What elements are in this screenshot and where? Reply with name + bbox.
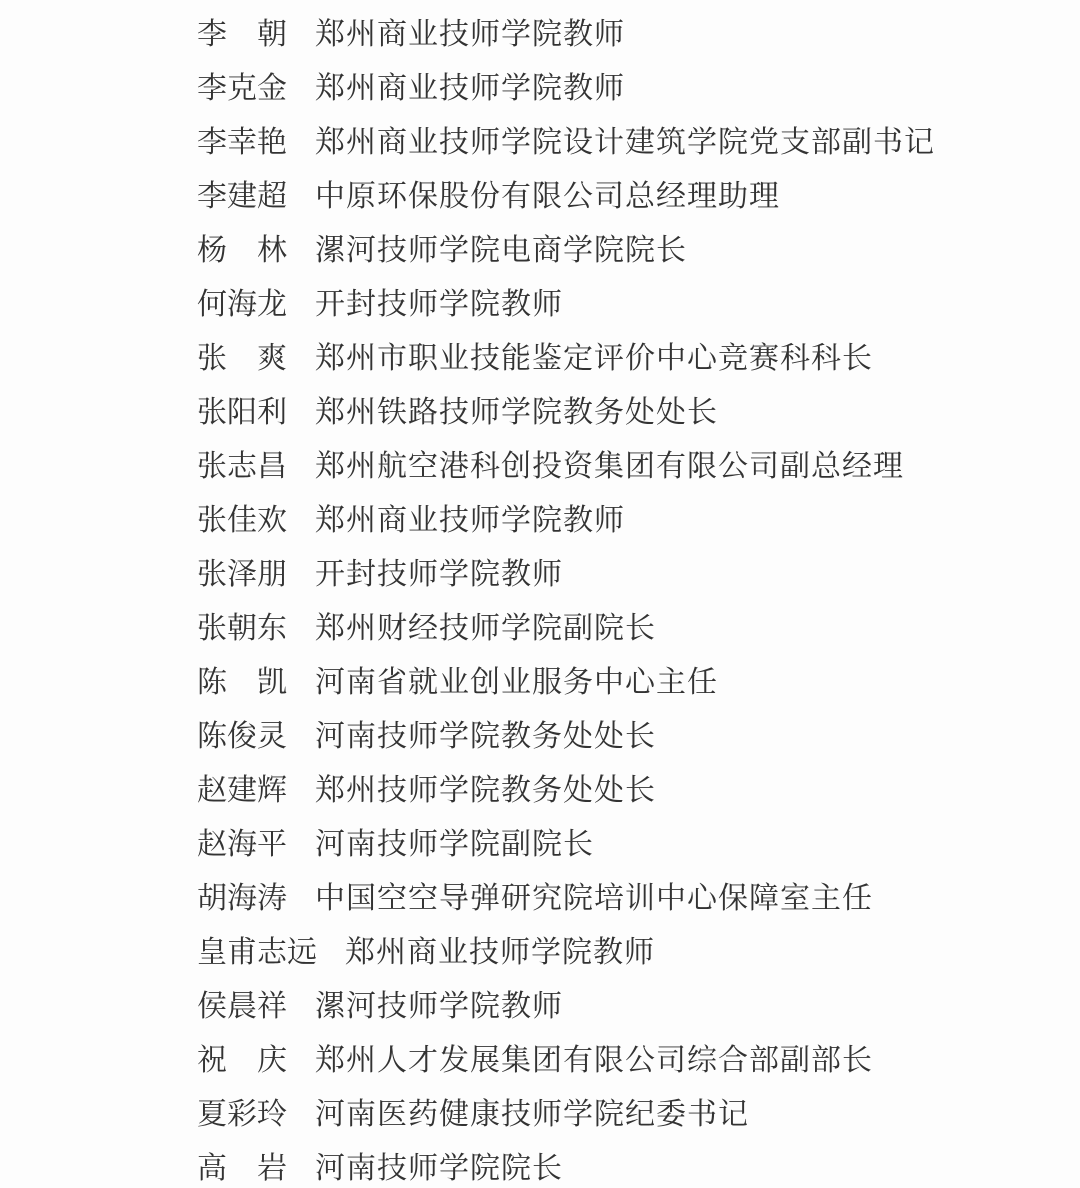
roster-page: 李 朝 郑州商业技师学院教师 李克金 郑州商业技师学院教师 李幸艳 郑州商业技师… [0, 0, 1080, 1188]
person-title: 中原环保股份有限公司总经理助理 [315, 171, 780, 215]
person-name: 杨 林 [197, 225, 287, 269]
roster-row: 陈 凯 河南省就业创业服务中心主任 [197, 652, 1040, 706]
roster-row: 张志昌 郑州航空港科创投资集团有限公司副总经理 [197, 436, 1040, 490]
person-title: 郑州航空港科创投资集团有限公司副总经理 [315, 441, 904, 485]
person-name: 侯晨祥 [197, 981, 287, 1025]
roster-row: 皇甫志远 郑州商业技师学院教师 [197, 922, 1040, 976]
person-name: 张泽朋 [197, 549, 287, 593]
person-name: 夏彩玲 [197, 1089, 287, 1133]
person-name: 皇甫志远 [197, 927, 317, 971]
roster-row: 祝 庆 郑州人才发展集团有限公司综合部副部长 [197, 1030, 1040, 1084]
person-name: 高 岩 [197, 1143, 287, 1187]
person-name: 张佳欢 [197, 495, 287, 539]
person-title: 开封技师学院教师 [315, 279, 563, 323]
roster-row: 张佳欢 郑州商业技师学院教师 [197, 490, 1040, 544]
person-title: 郑州商业技师学院教师 [315, 63, 625, 107]
person-name: 李 朝 [197, 9, 287, 53]
person-title: 河南省就业创业服务中心主任 [315, 657, 718, 701]
person-title: 中国空空导弹研究院培训中心保障室主任 [315, 873, 873, 917]
person-name: 赵建辉 [197, 765, 287, 809]
person-name: 陈俊灵 [197, 711, 287, 755]
person-title: 河南技师学院院长 [315, 1143, 563, 1187]
person-name: 张志昌 [197, 441, 287, 485]
person-title: 郑州商业技师学院教师 [315, 9, 625, 53]
person-name: 李建超 [197, 171, 287, 215]
roster-row: 张朝东 郑州财经技师学院副院长 [197, 598, 1040, 652]
roster-row: 张 爽 郑州市职业技能鉴定评价中心竞赛科科长 [197, 328, 1040, 382]
roster-row: 陈俊灵 河南技师学院教务处处长 [197, 706, 1040, 760]
person-name: 李克金 [197, 63, 287, 107]
person-name: 张 爽 [197, 333, 287, 377]
person-title: 郑州技师学院教务处处长 [315, 765, 656, 809]
roster-row: 侯晨祥 漯河技师学院教师 [197, 976, 1040, 1030]
person-name: 何海龙 [197, 279, 287, 323]
person-name: 祝 庆 [197, 1035, 287, 1079]
person-name: 李幸艳 [197, 117, 287, 161]
roster-row: 夏彩玲 河南医药健康技师学院纪委书记 [197, 1084, 1040, 1138]
person-title: 河南医药健康技师学院纪委书记 [315, 1089, 749, 1133]
roster-row: 李 朝 郑州商业技师学院教师 [197, 4, 1040, 58]
person-title: 郑州铁路技师学院教务处处长 [315, 387, 718, 431]
person-name: 胡海涛 [197, 873, 287, 917]
person-name: 张朝东 [197, 603, 287, 647]
roster-row: 李幸艳 郑州商业技师学院设计建筑学院党支部副书记 [197, 112, 1040, 166]
roster-row: 李建超 中原环保股份有限公司总经理助理 [197, 166, 1040, 220]
person-title: 河南技师学院副院长 [315, 819, 594, 863]
roster-row: 胡海涛 中国空空导弹研究院培训中心保障室主任 [197, 868, 1040, 922]
person-name: 张阳利 [197, 387, 287, 431]
person-title: 郑州商业技师学院教师 [345, 927, 655, 971]
roster-row: 赵海平 河南技师学院副院长 [197, 814, 1040, 868]
person-name: 赵海平 [197, 819, 287, 863]
person-name: 陈 凯 [197, 657, 287, 701]
person-title: 开封技师学院教师 [315, 549, 563, 593]
person-title: 郑州市职业技能鉴定评价中心竞赛科科长 [315, 333, 873, 377]
person-title: 郑州商业技师学院教师 [315, 495, 625, 539]
roster-row: 杨 林 漯河技师学院电商学院院长 [197, 220, 1040, 274]
roster-row: 何海龙 开封技师学院教师 [197, 274, 1040, 328]
roster-row: 李克金 郑州商业技师学院教师 [197, 58, 1040, 112]
person-title: 郑州财经技师学院副院长 [315, 603, 656, 647]
person-title: 漯河技师学院电商学院院长 [315, 225, 687, 269]
roster-row: 张阳利 郑州铁路技师学院教务处处长 [197, 382, 1040, 436]
person-title: 郑州人才发展集团有限公司综合部副部长 [315, 1035, 873, 1079]
roster-row: 赵建辉 郑州技师学院教务处处长 [197, 760, 1040, 814]
person-title: 河南技师学院教务处处长 [315, 711, 656, 755]
roster-row: 高 岩 河南技师学院院长 [197, 1138, 1040, 1188]
person-title: 郑州商业技师学院设计建筑学院党支部副书记 [315, 117, 935, 161]
roster-row: 张泽朋 开封技师学院教师 [197, 544, 1040, 598]
person-title: 漯河技师学院教师 [315, 981, 563, 1025]
